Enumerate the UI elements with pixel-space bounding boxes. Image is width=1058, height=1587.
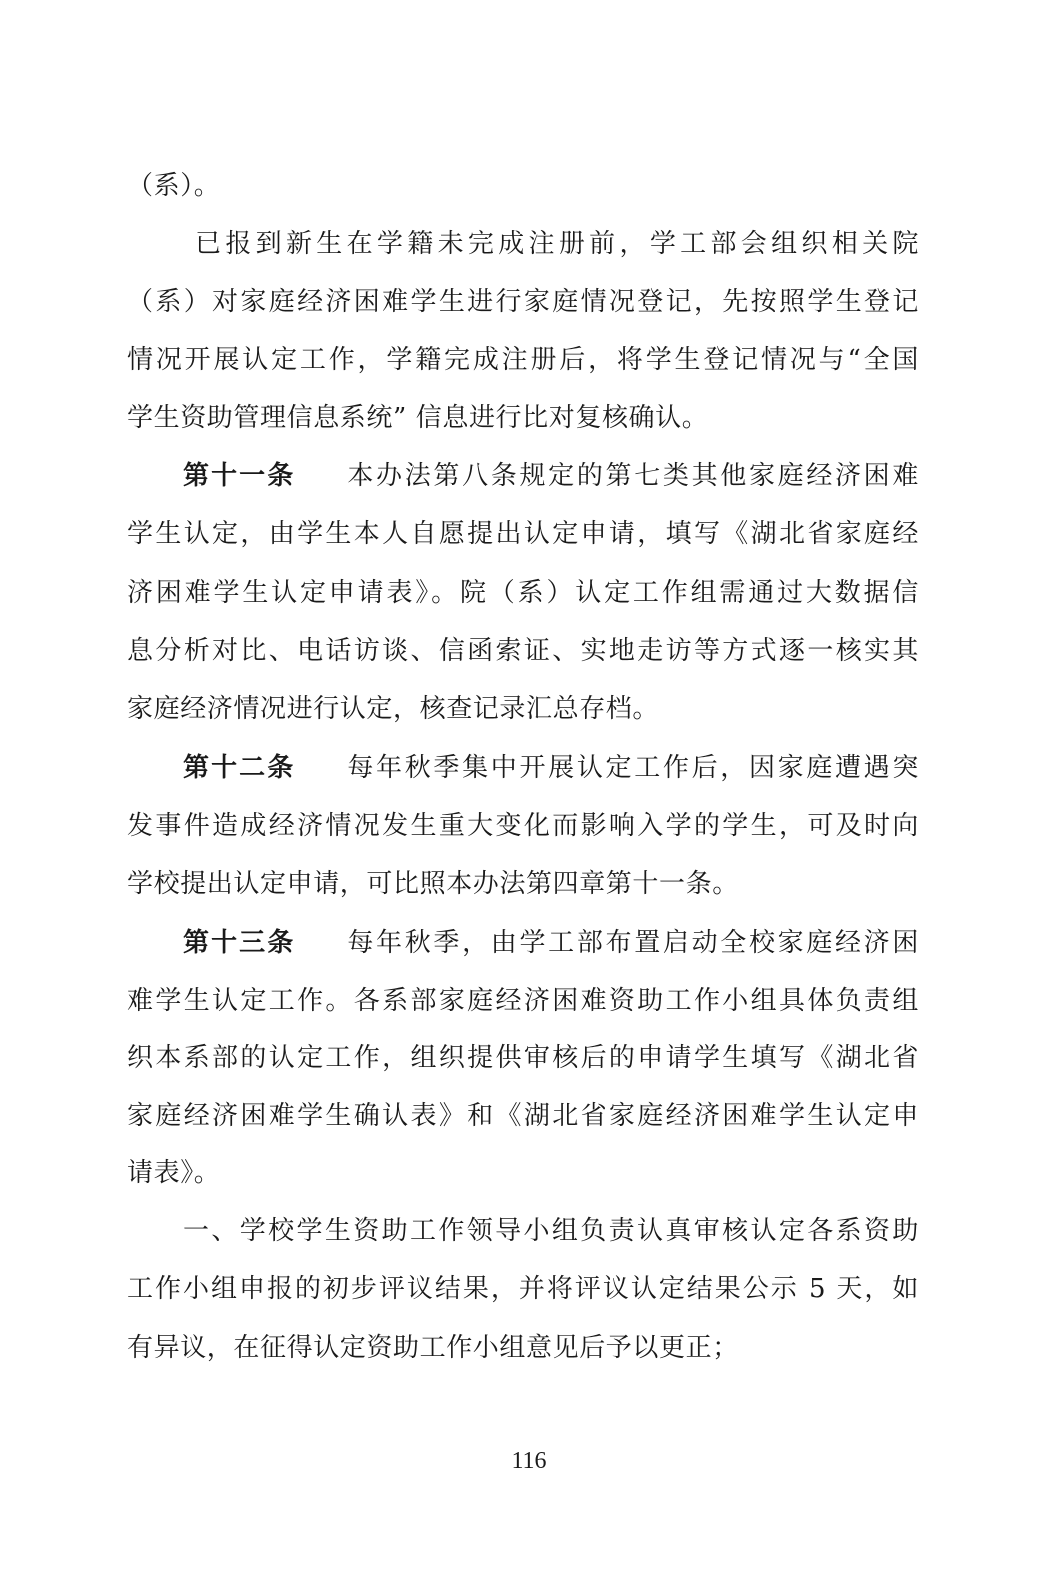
paragraph-line: 学校提出认定申请，可比照本办法第四章第十一条。	[127, 864, 919, 904]
paragraph-line: 有异议，在征得认定资助工作小组意见后予以更正；	[127, 1328, 919, 1368]
article-label: 第十三条	[183, 928, 295, 958]
paragraph-line: 家庭经济情况进行认定，核查记录汇总存档。	[127, 689, 919, 729]
paragraph-line: 织本系部的认定工作，组织提供审核后的申请学生填写《湖北省	[127, 1038, 919, 1078]
article-11-heading-line: 第十一条本办法第八条规定的第七类其他家庭经济困难	[183, 456, 919, 496]
document-page: （系）。 已报到新生在学籍未完成注册前，学工部会组织相关院 （系）对家庭经济困难…	[0, 0, 1058, 1587]
paragraph-line: 请表》。	[127, 1153, 919, 1193]
paragraph-line: 学生资助管理信息系统” 信息进行比对复核确认。	[127, 398, 919, 438]
paragraph-line: 工作小组申报的初步评议结果，并将评议认定结果公示 5 天，如	[127, 1269, 919, 1309]
paragraph-line: 情况开展认定工作，学籍完成注册后，将学生登记情况与“全国	[127, 340, 919, 380]
paragraph-line: 难学生认定工作。各系部家庭经济困难资助工作小组具体负责组	[127, 981, 919, 1021]
paragraph-line: 家庭经济困难学生确认表》和《湖北省家庭经济困难学生认定申	[127, 1096, 919, 1136]
article-label: 第十二条	[183, 753, 295, 783]
paragraph-line: 息分析对比、电话访谈、信函索证、实地走访等方式逐一核实其	[127, 631, 919, 671]
paragraph-line: （系）。	[127, 166, 919, 206]
paragraph-line: （系）对家庭经济困难学生进行家庭情况登记，先按照学生登记	[127, 282, 919, 322]
paragraph-line: 学生认定，由学生本人自愿提出认定申请，填写《湖北省家庭经	[127, 514, 919, 554]
article-text: 每年秋季，由学工部布置启动全校家庭经济困	[347, 928, 919, 958]
article-label: 第十一条	[183, 461, 295, 491]
article-12-heading-line: 第十二条每年秋季集中开展认定工作后，因家庭遭遇突	[183, 748, 919, 788]
paragraph-line: 济困难学生认定申请表》。院（系）认定工作组需通过大数据信	[127, 573, 919, 613]
article-text: 每年秋季集中开展认定工作后，因家庭遭遇突	[347, 753, 919, 783]
paragraph-line: 一、学校学生资助工作领导小组负责认真审核认定各系资助	[183, 1211, 919, 1251]
paragraph-line: 发事件造成经济情况发生重大变化而影响入学的学生，可及时向	[127, 806, 919, 846]
paragraph-line: 已报到新生在学籍未完成注册前，学工部会组织相关院	[195, 224, 919, 264]
page-number: 116	[0, 1444, 1058, 1478]
article-13-heading-line: 第十三条每年秋季，由学工部布置启动全校家庭经济困	[183, 923, 919, 963]
article-text: 本办法第八条规定的第七类其他家庭经济困难	[347, 461, 919, 491]
